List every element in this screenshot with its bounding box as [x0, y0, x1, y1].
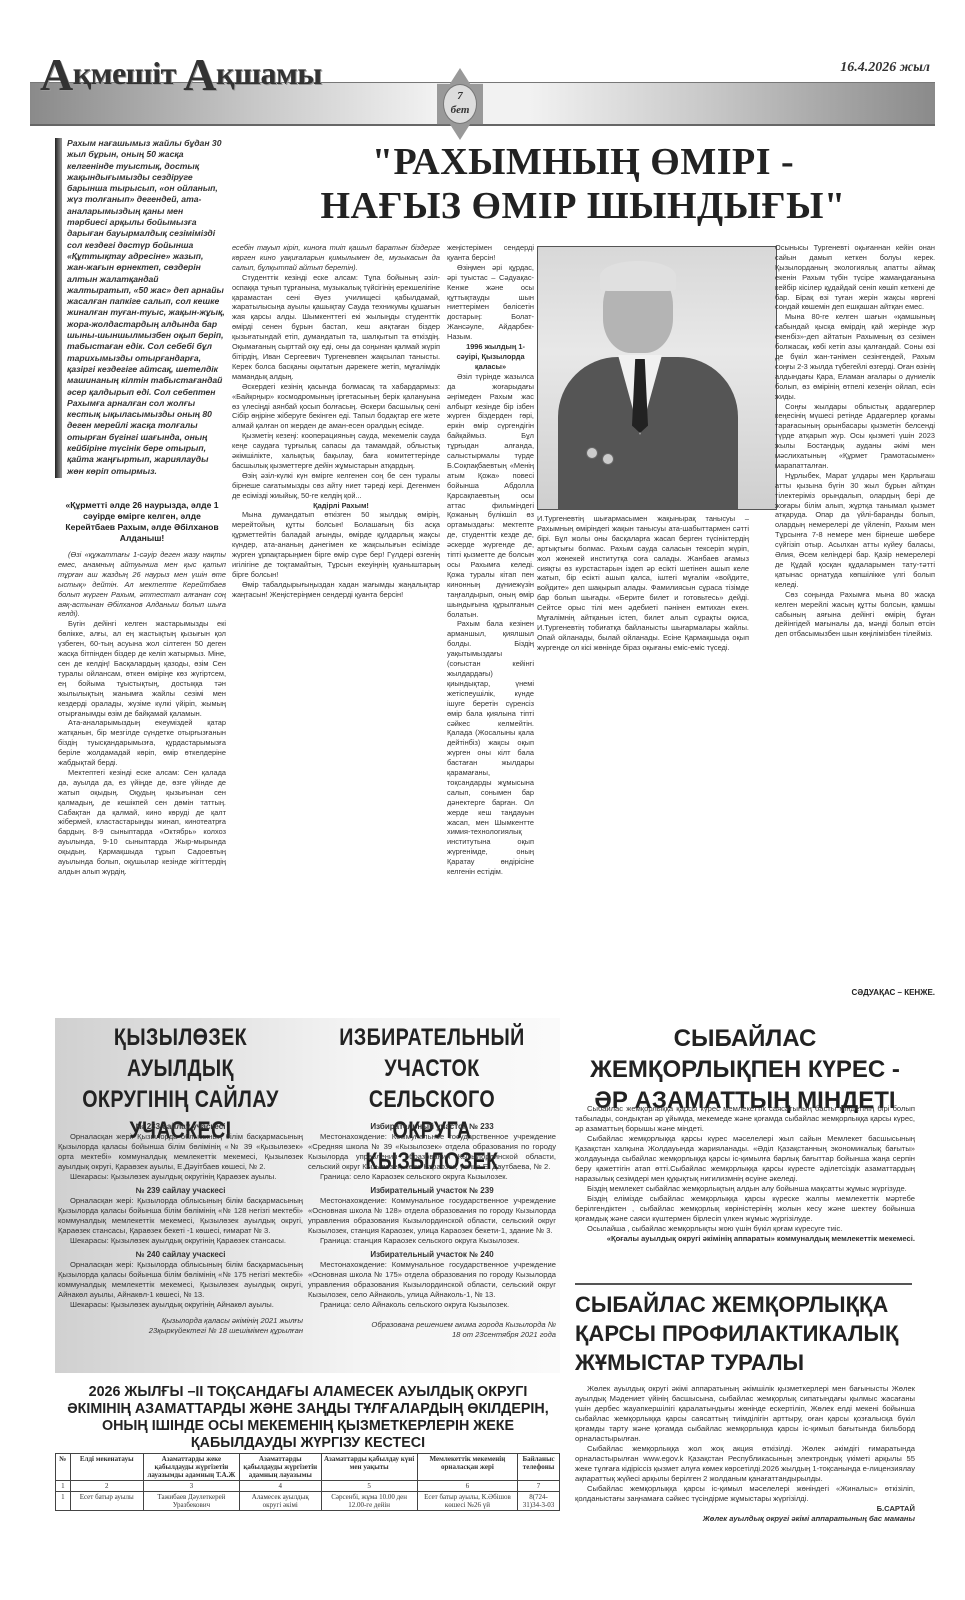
reception-schedule-table: № Елді мекенатауы Азаматтарды жеке қабыл…	[55, 1453, 560, 1511]
schedule-title: 2026 ЖЫЛҒЫ –II ТОҚСАНДАҒЫ АЛАМЕСЕК АУЫЛД…	[58, 1384, 558, 1452]
portrait-photo	[537, 246, 777, 510]
greeting-heading: «Құрметті әлде 26 наурызда, әлде 1 сәуір…	[58, 500, 226, 544]
table-header-row: № Елді мекенатауы Азаматтарды жеке қабыл…	[56, 1454, 560, 1481]
prevention-title: СЫБАЙЛАС ЖЕМҚОРЛЫҚҚА ҚАРСЫ ПРОФИЛАКТИКАЛ…	[575, 1290, 915, 1377]
prevention-author: Б.САРТАЙ	[575, 1504, 915, 1514]
newspaper-title: Ақмешіт Ақшамы	[40, 48, 322, 101]
anticorruption-signature: «Қоғалы ауылдық округі әкімінің аппараты…	[575, 1234, 915, 1244]
section-divider	[575, 1283, 912, 1285]
medal-icon	[586, 447, 598, 459]
intro-accent-bar	[55, 138, 62, 478]
table-row: 1 Есет батыр ауылы Тажибаев Дәулеткерей …	[56, 1492, 560, 1511]
table-number-row: 1 2 3 4 5 6 7	[56, 1481, 560, 1492]
feature-column-2: есебін тауып кіріп, киноға тиіп қашып ба…	[232, 243, 440, 1003]
feature-column-1: (Өзі «құжаттағы 1-сәуір деген жазу нақты…	[58, 550, 226, 1000]
prevention-author-role: Жөлек ауылдық округі әкімі аппаратының б…	[575, 1514, 915, 1524]
feature-signature: СӘДУАҚАС – КЕНЖЕ.	[852, 988, 935, 997]
medal-icon	[602, 453, 614, 465]
feature-intro: Рахым нағашымыз жайлы бұдан 30 жыл бұрын…	[67, 138, 225, 477]
feature-column-5: Осынысы Тургеневті оқығаннан кейін онан …	[775, 243, 935, 988]
page-label: бет	[444, 103, 476, 117]
feature-column-3: жеңістерімен сендерді қуанта берсін! Өзі…	[447, 243, 534, 1003]
page-number-badge: 7бет	[437, 68, 483, 140]
feature-column-4: И.Тургеневтің шығармасымен жақынырақ тан…	[537, 514, 749, 1004]
page-number: 7	[444, 89, 476, 103]
election-ru-body: Избирательный участок № 233 Местонахожде…	[308, 1118, 556, 1340]
anticorruption-body: Сыбайлас жемқорлыққа қарсы күрес мемлеке…	[575, 1104, 915, 1244]
issue-date: 16.4.2026 жыл	[840, 60, 930, 76]
prevention-body: Жөлек ауылдық округі әкімі аппаратының ә…	[575, 1384, 915, 1524]
election-kz-body: № 233 сайлау учаскесі Орналасқан жері: Қ…	[58, 1118, 303, 1336]
anticorruption-title: СЫБАЙЛАС ЖЕМҚОРЛЫҚПЕН КҮРЕС - ӘР АЗАМАТТ…	[575, 1023, 915, 1116]
feature-headline: "РАХЫМНЫҢ ӨМІРІ - НАҒЫЗ ӨМІР ШЫНДЫҒЫ"	[228, 140, 938, 228]
